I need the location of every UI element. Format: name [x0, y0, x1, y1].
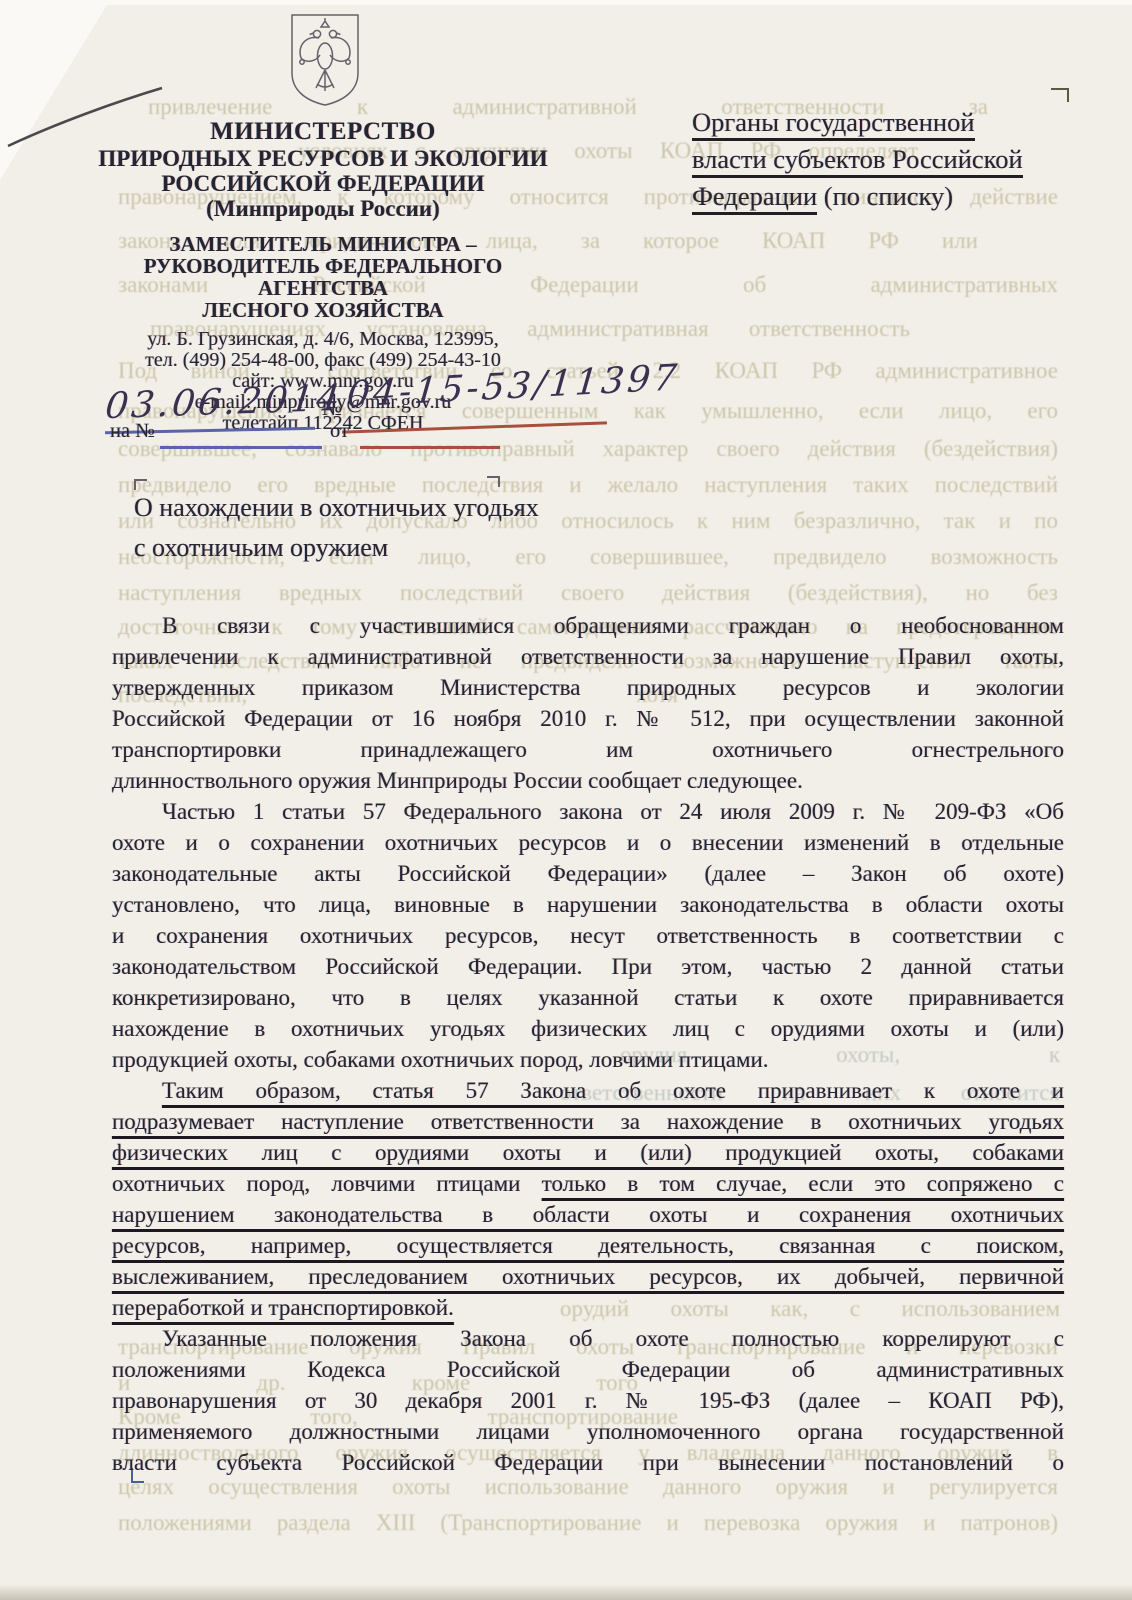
body-line: ресурсов, например, осуществляется деяте… [112, 1230, 1064, 1261]
body-line: конкретизировано, что в целях указанной … [112, 982, 1064, 1013]
body-line: охоте и о сохранении охотничьих ресурсов… [112, 827, 1064, 858]
bleedthrough-text: наступления вредных последствий своего д… [118, 578, 1058, 608]
pen-underlined-text: выслеживанием, преследованием охотничьих… [112, 1264, 1064, 1289]
addressee-plain-text: (по списку) [817, 181, 953, 211]
addressee-underlined-text: Федерации [692, 181, 817, 215]
addressee-block: Органы государственной власти субъектов … [692, 104, 1064, 215]
body-text-segment: установлено, что лица, виновные в наруше… [112, 892, 1064, 917]
body-line: В связи с участившимися обращениями граж… [112, 610, 1064, 641]
body-text-segment: Частью 1 статьи 57 Федерального закона о… [162, 799, 1064, 824]
body-line: нахождение в охотничьих угодьях физическ… [112, 1013, 1064, 1044]
body-text-segment: законодательные акты Российской Федераци… [112, 861, 1064, 886]
subject-block: О нахождении в охотничьих угодьях с охот… [134, 488, 564, 568]
body-line: применяемого должностными лицами уполном… [112, 1416, 1064, 1447]
body-text-segment: законодательством Российской Федерации. … [112, 954, 1064, 979]
body-line: и сохранения охотничьих ресурсов, несут … [112, 920, 1064, 951]
body-text-segment: конкретизировано, что в целях указанной … [112, 985, 1064, 1010]
body-line: переработкой и транспортировкой. [112, 1292, 1064, 1323]
pen-underlined-text: переработкой и транспортировкой. [112, 1295, 454, 1320]
pen-underlined-text: нарушением законодательства в области ох… [112, 1202, 1064, 1227]
body-text-segment: продукцией охоты, собаками охотничьих по… [112, 1047, 769, 1072]
body-text-segment: транспортировки принадлежащего им охотни… [112, 737, 1064, 762]
pen-underlined-text: Таким образом, статья 57 Закона об охоте… [162, 1078, 1064, 1103]
body-text-segment: власти субъекта Российской Федерации при… [112, 1450, 1064, 1475]
body-text-segment: привлечении к административной ответстве… [112, 644, 1064, 669]
body-line: подразумевает наступление ответственност… [112, 1106, 1064, 1137]
addressee-line: власти субъектов Российской [692, 141, 1064, 178]
addressee-line: Федерации (по списку) [692, 178, 1064, 215]
addressee-underlined-text: Органы государственной [692, 107, 975, 141]
body-line: Указанные положения Закона об охоте полн… [112, 1323, 1064, 1354]
body-text-segment: Указанные положения Закона об охоте полн… [162, 1326, 1064, 1351]
body-line: транспортировки принадлежащего им охотни… [112, 734, 1064, 765]
body-line: правонарушения от 30 декабря 2001 г. № 1… [112, 1385, 1064, 1416]
reply-number-form-line [160, 446, 322, 449]
body-line: длинноствольного оружия Минприроды Росси… [112, 765, 1064, 796]
body-text-segment: В связи с участившимися обращениями граж… [162, 613, 1064, 638]
pen-underlined-text: физических лиц с орудиями охоты и (или) … [112, 1140, 1064, 1165]
addressee-line: Органы государственной [692, 104, 1064, 141]
signer-post-line3: ЛЕСНОГО ХОЗЯЙСТВА [85, 299, 561, 321]
body-line: нарушением законодательства в области ох… [112, 1199, 1064, 1230]
pen-underlined-text: ресурсов, например, осуществляется деяте… [112, 1233, 1064, 1258]
body-text-segment: правонарушения от 30 декабря 2001 г. № 1… [112, 1388, 1064, 1413]
corner-mark-top-right [1051, 88, 1069, 102]
body-text-segment: нахождение в охотничьих угодьях физическ… [112, 1016, 1064, 1041]
body-line: законодательные акты Российской Федераци… [112, 858, 1064, 889]
ministry-short-name: (Минприроды России) [85, 196, 561, 221]
body-line: охотничьих пород, ловчими птицами только… [112, 1168, 1064, 1199]
scan-bottom-edge [0, 1584, 1132, 1600]
addressee-underlined-text: власти субъектов Российской [692, 144, 1023, 178]
body-text-segment: длинноствольного оружия Минприроды Росси… [112, 768, 803, 793]
coat-of-arms-icon [286, 12, 364, 108]
pen-stroke-mark [0, 78, 170, 158]
body-text-segment: положениями Кодекса Российской Федерации… [112, 1357, 1064, 1382]
body-line: законодательством Российской Федерации. … [112, 951, 1064, 982]
bleedthrough-text: положениями раздела XIII (Транспортирова… [118, 1508, 1058, 1538]
ministry-name-line3: РОССИЙСКОЙ ФЕДЕРАЦИИ [85, 171, 561, 196]
body-line: выслеживанием, преследованием охотничьих… [112, 1261, 1064, 1292]
body-text-segment: охоте и о сохранении охотничьих ресурсов… [112, 830, 1064, 855]
body: В связи с участившимися обращениями граж… [112, 610, 1064, 1478]
body-text-segment: охотничьих пород, ловчими птицами [112, 1171, 542, 1196]
corner-mark-subject-right [487, 476, 500, 487]
scan-top-edge [0, 0, 1132, 5]
signer-post-line2: РУКОВОДИТЕЛЬ ФЕДЕРАЛЬНОГО АГЕНТСТВА [85, 255, 561, 299]
body-text-segment: применяемого должностными лицами уполном… [112, 1419, 1064, 1444]
signer-post-line1: ЗАМЕСТИТЕЛЬ МИНИСТРА – [85, 233, 561, 255]
body-line: Российской Федерации от 16 ноября 2010 г… [112, 703, 1064, 734]
subject-line2: с охотничьим оружием [134, 528, 564, 568]
body-text-segment: и сохранения охотничьих ресурсов, несут … [112, 923, 1064, 948]
reply-from-label: от [330, 420, 349, 443]
pen-underlined-text: подразумевает наступление ответственност… [112, 1109, 1064, 1134]
postal-address: ул. Б. Грузинская, д. 4/6, Москва, 12399… [85, 329, 561, 350]
body-line: продукцией охоты, собаками охотничьих по… [112, 1044, 1064, 1075]
body-line: установлено, что лица, виновные в наруше… [112, 889, 1064, 920]
body-line: власти субъекта Российской Федерации при… [112, 1447, 1064, 1478]
body-text-segment: Российской Федерации от 16 ноября 2010 г… [112, 706, 1064, 731]
bleedthrough-text: совершившее, сознавало противоправный ха… [118, 434, 1058, 464]
body-text-segment: утвержденных приказом Министерства приро… [112, 675, 1064, 700]
subject-line1: О нахождении в охотничьих угодьях [134, 488, 564, 528]
letter-scan-page: МИНИСТЕРСТВО ПРИРОДНЫХ РЕСУРСОВ И ЭКОЛОГ… [0, 0, 1132, 1600]
body-line: Частью 1 статьи 57 Федерального закона о… [112, 796, 1064, 827]
body-line: привлечении к административной ответстве… [112, 641, 1064, 672]
handwritten-date: 03.06.2014 [103, 378, 344, 427]
pen-underlined-text: только в том случае, если это сопряжено … [542, 1171, 1064, 1196]
body-line: утвержденных приказом Министерства приро… [112, 672, 1064, 703]
body-line: Таким образом, статья 57 Закона об охоте… [112, 1075, 1064, 1106]
reply-date-form-line [360, 446, 500, 449]
body-line: физических лиц с орудиями охоты и (или) … [112, 1137, 1064, 1168]
body-line: положениями Кодекса Российской Федерации… [112, 1354, 1064, 1385]
